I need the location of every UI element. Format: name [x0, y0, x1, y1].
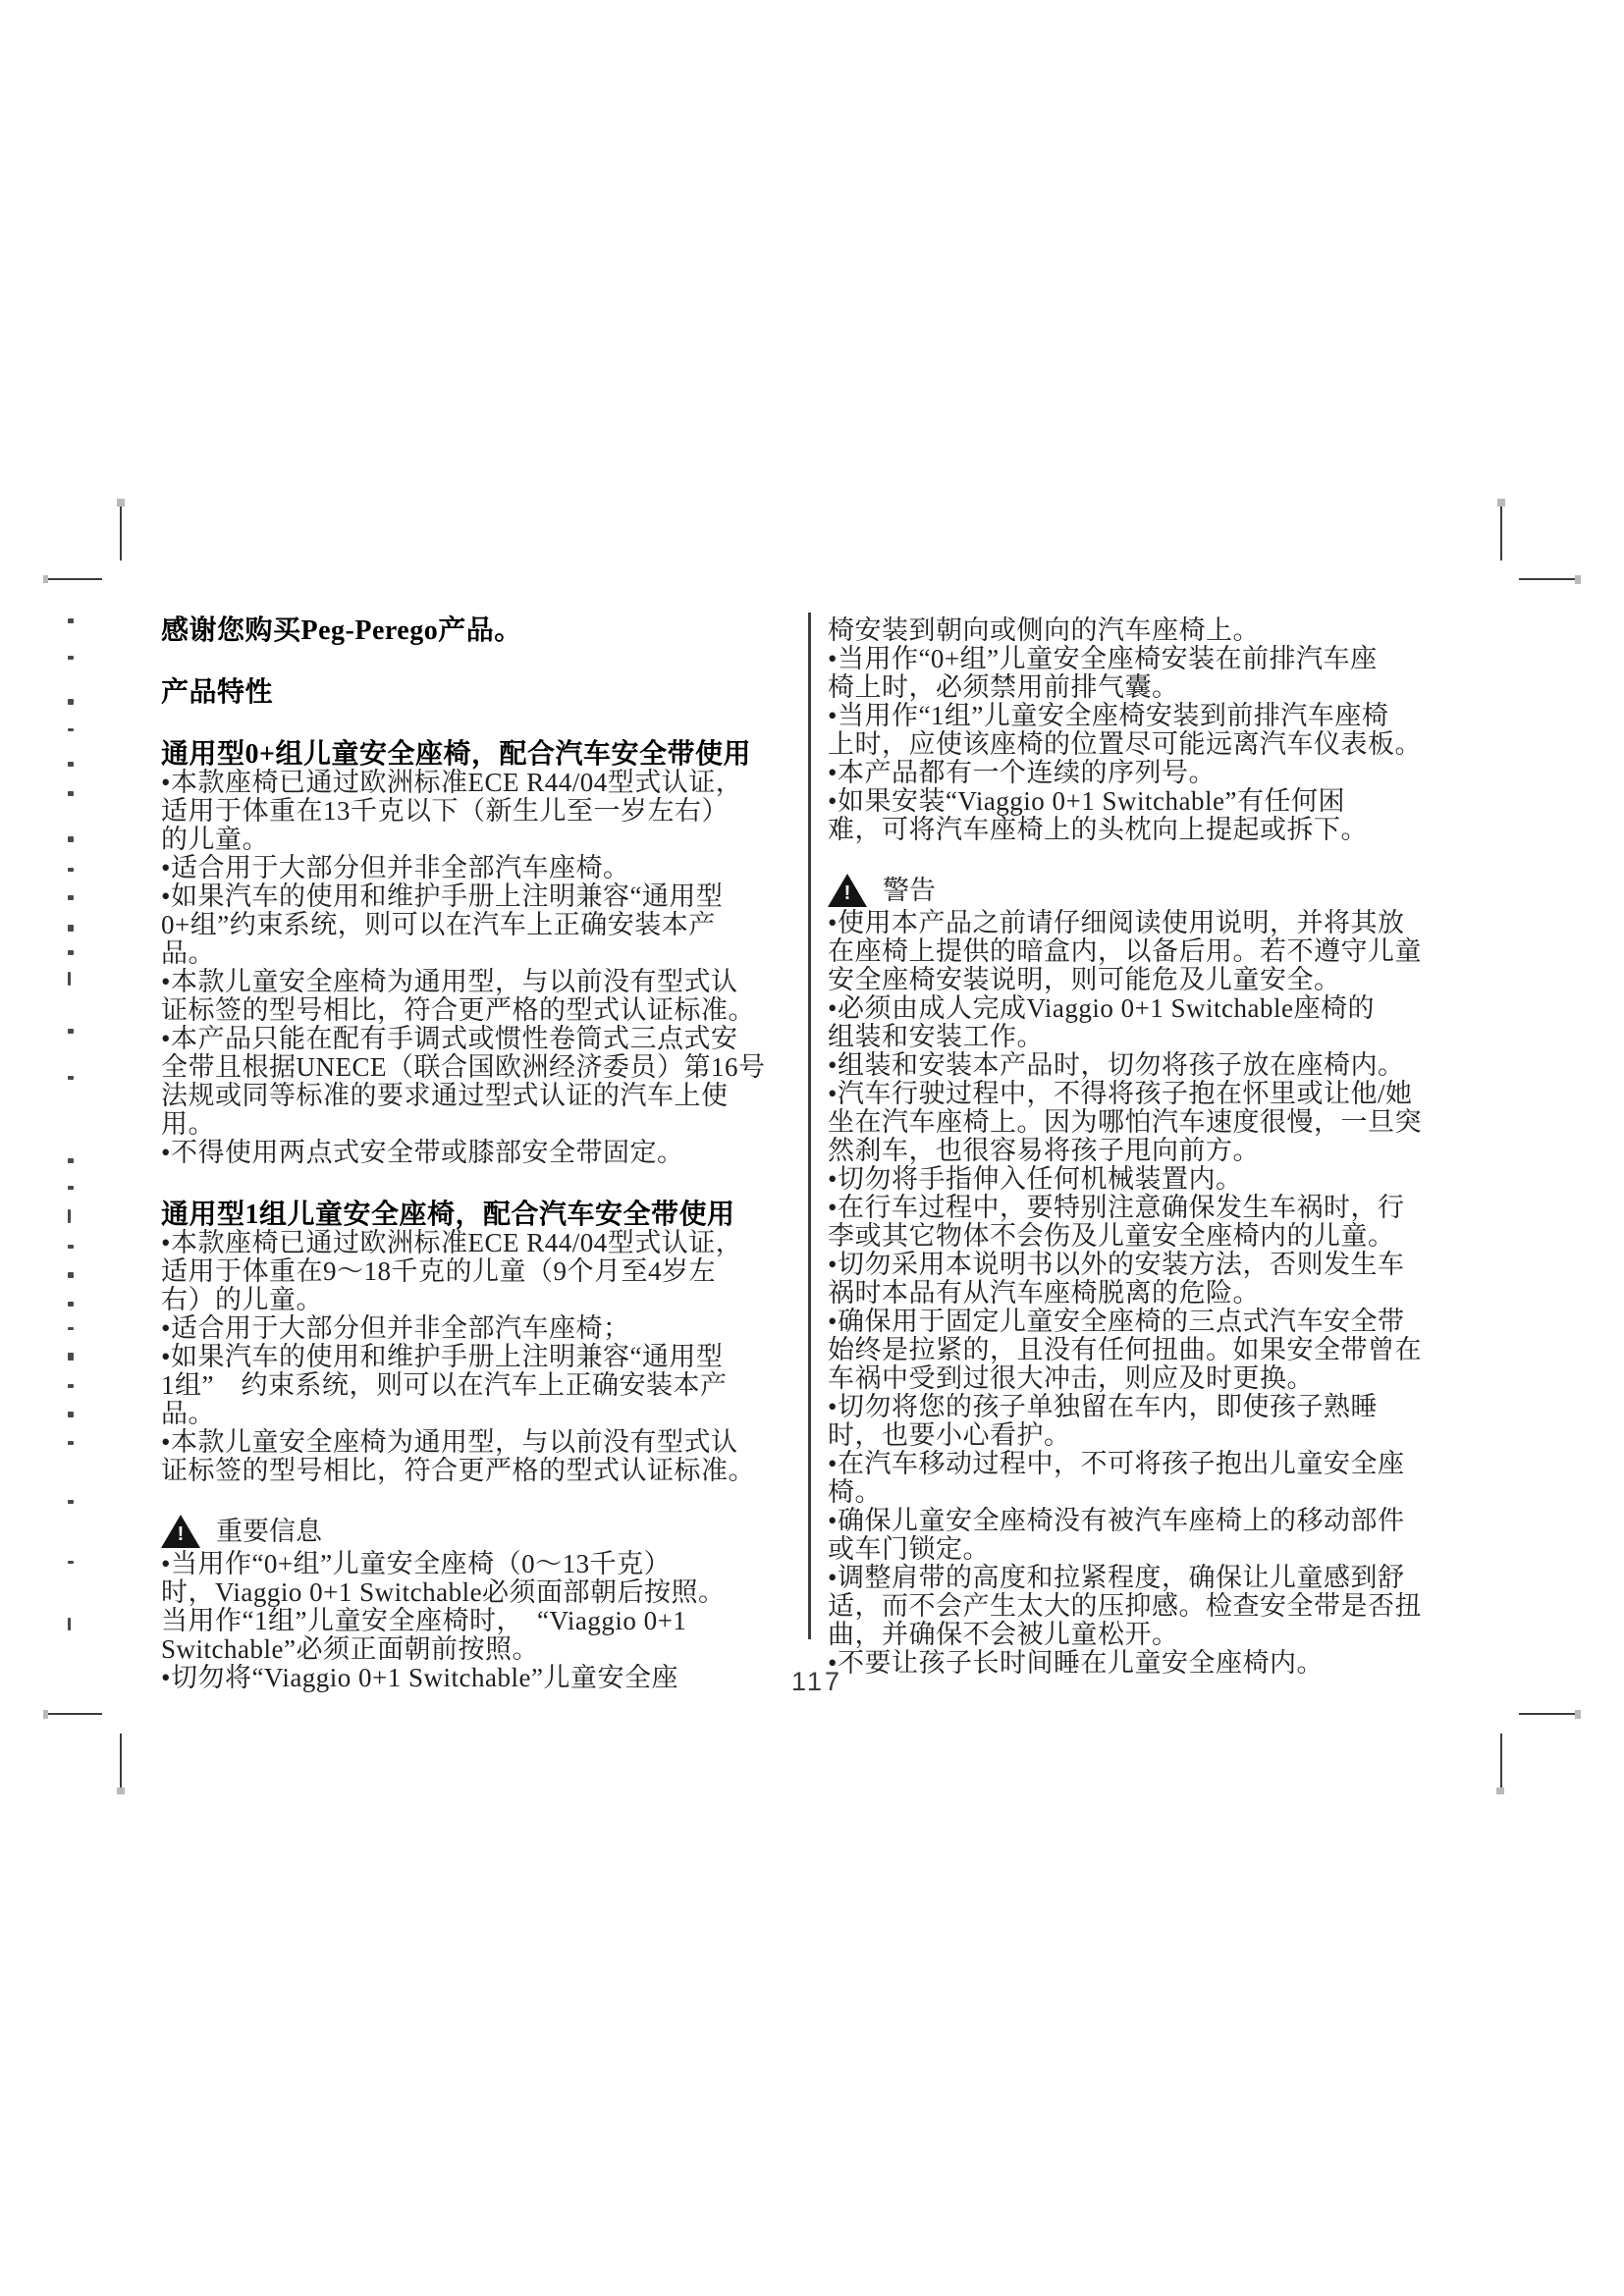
crop-mark-bottom-left-horizontal	[47, 1713, 102, 1715]
important-info-heading: ! 重要信息	[161, 1515, 795, 1548]
bullet-paragraph: •切勿将手指伸入任何机械装置内。	[828, 1165, 1468, 1194]
thanks-heading: 感谢您购买Peg-Perego产品。	[161, 616, 795, 645]
bullet-paragraph: •不要让孩子长时间睡在儿童安全座椅内。	[828, 1649, 1468, 1678]
warning-heading: ! 警告	[828, 874, 1468, 907]
crop-mark-bottom-left-vertical	[120, 1734, 122, 1789]
bullet-paragraph: •本款儿童安全座椅为通用型，与以前没有型式认 证标签的型号相比，符合更严格的型式…	[161, 968, 795, 1025]
column-divider	[808, 613, 811, 1639]
bullet-paragraph: •本款儿童安全座椅为通用型，与以前没有型式认 证标签的型号相比，符合更严格的型式…	[161, 1428, 795, 1485]
left-column: 感谢您购买Peg-Perego产品。 产品特性 通用型0+组儿童安全座椅，配合汽…	[161, 616, 795, 1692]
bullet-paragraph: •本产品都有一个连续的序列号。	[828, 759, 1468, 787]
bullet-paragraph: •如果汽车的使用和维护手册上注明兼容“通用型 0+组”约束系统，则可以在汽车上正…	[161, 882, 795, 968]
bullet-paragraph: •调整肩带的高度和拉紧程度，确保让儿童感到舒 适，而不会产生太大的压抑感。检查安…	[828, 1564, 1468, 1649]
right-column: 椅安装到朝向或侧向的汽车座椅上。 •当用作“0+组”儿童安全座椅安装在前排汽车座…	[828, 616, 1468, 1678]
warning-triangle-icon: !	[828, 874, 867, 907]
bullet-paragraph: •在汽车移动过程中，不可将孩子抱出儿童安全座 椅。	[828, 1450, 1468, 1507]
crop-mark-bottom-right-horizontal	[1519, 1713, 1576, 1715]
crop-mark-bottom-right-vertical	[1500, 1734, 1502, 1789]
bullet-paragraph: •确保用于固定儿童安全座椅的三点式汽车安全带 始终是拉紧的，且没有任何扭曲。如果…	[828, 1308, 1468, 1393]
page-number: 117	[782, 1667, 852, 1697]
bullet-paragraph: •本款座椅已通过欧洲标准ECE R44/04型式认证， 适用于体重在9～18千克…	[161, 1229, 795, 1314]
bullet-paragraph: •本款座椅已通过欧洲标准ECE R44/04型式认证， 适用于体重在13千克以下…	[161, 769, 795, 854]
bullet-paragraph: •适合用于大部分但并非全部汽车座椅。	[161, 854, 795, 882]
product-features-heading: 产品特性	[161, 678, 795, 707]
crop-mark-cap	[1575, 575, 1581, 584]
crop-mark-cap	[117, 499, 125, 507]
important-info-label: 重要信息	[216, 1518, 322, 1546]
bullet-paragraph: •切勿采用本说明书以外的安装方法，否则发生车 祸时本品有从汽车座椅脱离的危险。	[828, 1251, 1468, 1308]
group0-section-heading: 通用型0+组儿童安全座椅，配合汽车安全带使用	[161, 740, 795, 769]
crop-mark-top-left-horizontal	[47, 578, 102, 580]
bullet-paragraph: •适合用于大部分但并非全部汽车座椅；	[161, 1314, 795, 1343]
bullet-paragraph: •本产品只能在配有手调式或惯性卷筒式三点式安 全带且根据UNECE（联合国欧洲经…	[161, 1025, 795, 1139]
warning-triangle-icon: !	[161, 1515, 200, 1548]
bullet-paragraph: •组装和安装本产品时，切勿将孩子放在座椅内。	[828, 1051, 1468, 1080]
scanned-manual-page: { "page": { "number": "117" }, "icons": …	[0, 0, 1624, 2296]
bullet-paragraph: •不得使用两点式安全带或膝部安全带固定。	[161, 1139, 795, 1167]
bullet-paragraph: •当用作“1组”儿童安全座椅安装到前排汽车座椅 上时，应使该座椅的位置尽可能远离…	[828, 702, 1468, 759]
bullet-paragraph: •当用作“0+组”儿童安全座椅安装在前排汽车座 椅上时，必须禁用前排气囊。	[828, 645, 1468, 702]
bullet-paragraph: •如果安装“Viaggio 0+1 Switchable”有任何困 难，可将汽车…	[828, 787, 1468, 844]
group1-section-heading: 通用型1组儿童安全座椅，配合汽车安全带使用	[161, 1201, 795, 1229]
crop-mark-cap	[1497, 499, 1505, 507]
crop-mark-top-right-vertical	[1500, 506, 1502, 561]
bullet-paragraph: •切勿将“Viaggio 0+1 Switchable”儿童安全座	[161, 1664, 795, 1692]
bullet-paragraph: •汽车行驶过程中，不得将孩子抱在怀里或让他/她 坐在汽车座椅上。因为哪怕汽车速度…	[828, 1080, 1468, 1165]
bullet-paragraph: •当用作“0+组”儿童安全座椅（0～13千克） 时，Viaggio 0+1 Sw…	[161, 1550, 795, 1664]
bullet-paragraph: •使用本产品之前请仔细阅读使用说明，并将其放 在座椅上提供的暗盒内，以备后用。若…	[828, 909, 1468, 994]
bullet-paragraph: •在行车过程中，要特别注意确保发生车祸时，行 李或其它物体不会伤及儿童安全座椅内…	[828, 1194, 1468, 1251]
crop-mark-cap	[43, 1710, 48, 1719]
crop-mark-top-right-horizontal	[1519, 578, 1576, 580]
crop-mark-cap	[43, 575, 48, 583]
bullet-paragraph: •切勿将您的孩子单独留在车内，即使孩子熟睡 时，也要小心看护。	[828, 1393, 1468, 1450]
warning-label: 警告	[883, 877, 936, 905]
crop-mark-cap	[1496, 1788, 1504, 1794]
crop-mark-cap	[117, 1788, 125, 1794]
continued-paragraph: 椅安装到朝向或侧向的汽车座椅上。	[828, 616, 1468, 645]
crop-mark-cap	[1575, 1710, 1581, 1719]
bullet-paragraph: •如果汽车的使用和维护手册上注明兼容“通用型 1组” 约束系统，则可以在汽车上正…	[161, 1343, 795, 1428]
bullet-paragraph: •必须由成人完成Viaggio 0+1 Switchable座椅的 组装和安装工…	[828, 994, 1468, 1051]
bullet-paragraph: •确保儿童安全座椅没有被汽车座椅上的移动部件 或车门锁定。	[828, 1507, 1468, 1564]
crop-mark-top-left-vertical	[120, 506, 122, 561]
